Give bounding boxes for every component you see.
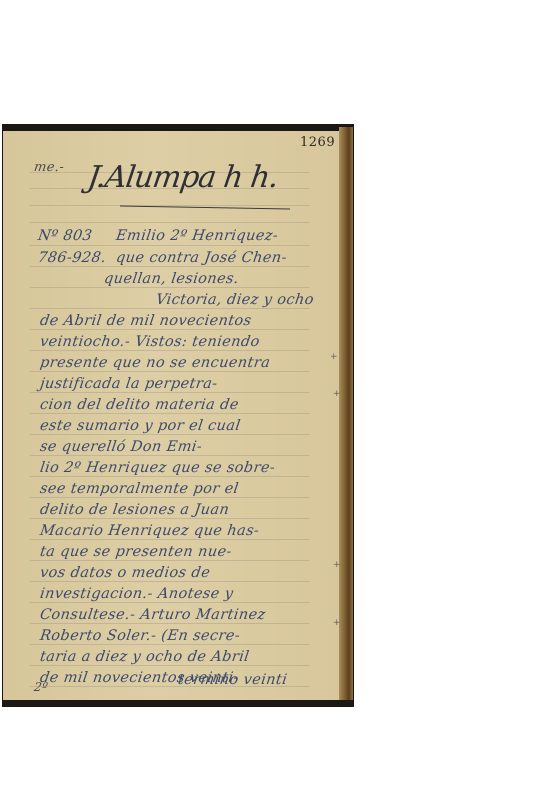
- entry-title-line: que contra José Chen-: [115, 250, 288, 266]
- entry-number: Nº 803: [37, 228, 93, 244]
- body-line: vos datos o medios de: [39, 565, 211, 581]
- body-line: taria a diez y ocho de Abril: [39, 649, 251, 665]
- body-line: de Abril de mil novecientos: [39, 313, 253, 329]
- entry-title-line: quellan, lesiones.: [103, 271, 240, 287]
- margin-mark: +: [333, 560, 341, 570]
- ruled-line: [30, 392, 310, 393]
- ruled-line: [30, 665, 310, 666]
- body-line: ta que se presenten nue-: [39, 544, 233, 560]
- body-line: Victoria, diez y ocho: [155, 292, 315, 308]
- page-number: 1269: [300, 135, 335, 150]
- ruled-line: [30, 539, 310, 540]
- body-line: Macario Henriquez que has-: [39, 523, 261, 539]
- entry-reference: 786-928.: [37, 250, 107, 266]
- header-prefix: me.-: [33, 160, 65, 175]
- page-bottom-edge: [3, 700, 353, 706]
- footer-left-mark: 2º: [33, 680, 49, 694]
- ruled-line: [30, 350, 310, 351]
- body-line: see temporalmente por el: [39, 481, 240, 497]
- ruled-line: [30, 413, 310, 414]
- body-line: delito de lesiones a Juan: [39, 502, 230, 518]
- ruled-line: [30, 245, 310, 246]
- body-line: cion del delito materia de: [39, 397, 240, 413]
- book-binding-edge: [339, 127, 353, 704]
- ruled-line: [30, 644, 310, 645]
- margin-mark: +: [333, 618, 341, 628]
- ruled-line: [30, 371, 310, 372]
- body-line: veintiocho.- Vistos: teniendo: [39, 334, 261, 350]
- margin-mark: +: [330, 352, 338, 362]
- ruled-line: [30, 602, 310, 603]
- ruled-line: [30, 222, 310, 223]
- body-line: presente que no se encuentra: [39, 355, 271, 371]
- footer-catchword: termino veinti: [177, 672, 288, 688]
- body-line: se querelló Don Emi-: [39, 439, 203, 455]
- ruled-line: [30, 308, 310, 309]
- ruled-line: [30, 287, 310, 288]
- ruled-line: [30, 455, 310, 456]
- ruled-line: [30, 497, 310, 498]
- margin-mark: +: [333, 389, 341, 399]
- ruled-line: [30, 560, 310, 561]
- ruled-line: [30, 476, 310, 477]
- ruled-line: [30, 266, 310, 267]
- body-line: Consultese.- Arturo Martinez: [39, 607, 267, 623]
- body-line: Roberto Soler.- (En secre-: [39, 628, 241, 644]
- ruled-line: [30, 518, 310, 519]
- ruled-line: [30, 434, 310, 435]
- ruled-line: [30, 581, 310, 582]
- body-line: investigacion.- Anotese y: [39, 586, 235, 602]
- body-line: lio 2º Henriquez que se sobre-: [39, 460, 276, 476]
- body-line: justificada la perpetra-: [39, 376, 219, 392]
- body-line: este sumario y por el cual: [39, 418, 242, 434]
- entry-title-line: Emilio 2º Henriquez-: [115, 228, 279, 244]
- ruled-line: [30, 329, 310, 330]
- signature: J.Alumpa h h.: [86, 160, 281, 195]
- ruled-line: [30, 623, 310, 624]
